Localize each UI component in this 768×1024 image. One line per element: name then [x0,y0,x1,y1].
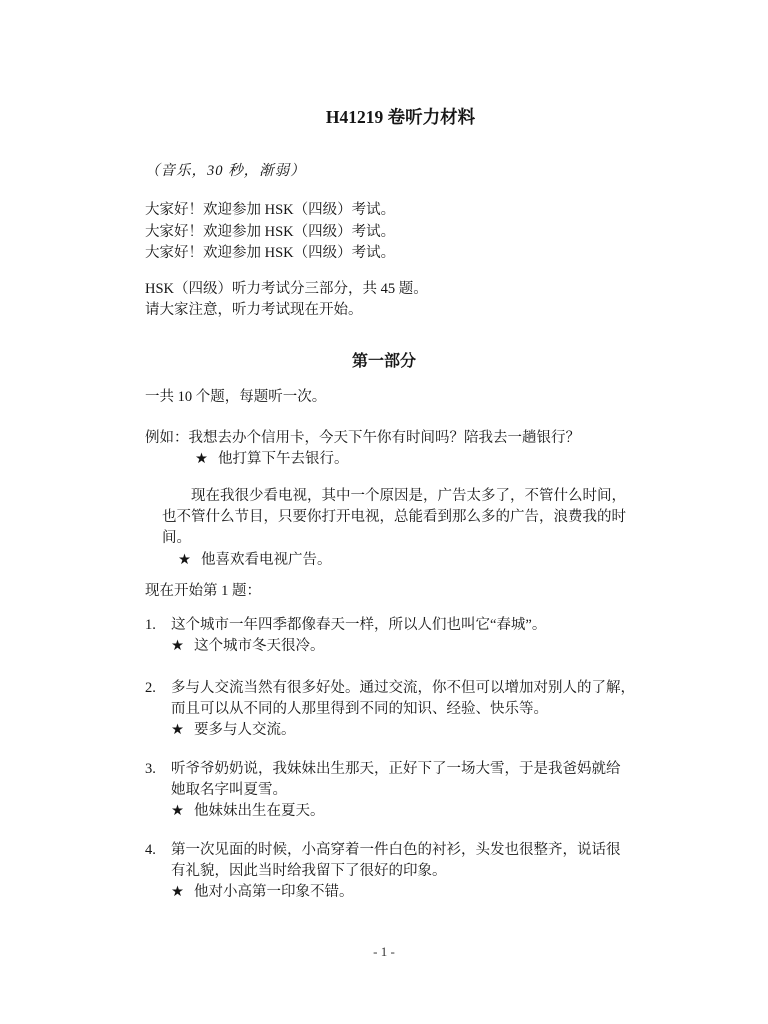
question-text: 多与人交流当然有很多好处。通过交流，你不但可以增加对别人的了解， [171,680,635,696]
question-text-line: 1.这个城市一年四季都像春天一样，所以人们也叫它“春城”。 [171,615,656,636]
greeting-line: 大家好！欢迎参加 HSK（四级）考试。 [145,243,656,264]
star-icon: ★ [171,638,184,654]
question-text: 听爷爷奶奶说，我妹妹出生那天，正好下了一场大雪，于是我爸妈就给 [171,761,621,777]
question-statement-line: ★这个城市冬天很冷。 [171,636,656,657]
start-note: 现在开始第 1 题： [145,581,656,602]
question-text-line: 3.听爷爷奶奶说，我妹妹出生那天，正好下了一场大雪，于是我爸妈就给 [171,759,656,780]
example-question-line: 例如：我想去办个信用卡，今天下午你有时间吗？陪我去一趟银行？ [145,428,656,449]
question-statement-line: ★他对小高第一印象不错。 [171,882,656,903]
example-passage-block: 现在我很少看电视，其中一个原因是，广告太多了，不管什么时间， 也不管什么节目，只… [145,486,656,571]
page-number: - 1 - [0,941,768,962]
passage-line: 现在我很少看电视，其中一个原因是，广告太多了，不管什么时间， [162,486,656,507]
example-statement-line: ★他打算下午去银行。 [195,449,656,470]
question-text-line: 她取名字叫夏雪。 [171,780,656,801]
greeting-line: 大家好！欢迎参加 HSK（四级）考试。 [145,200,656,221]
question-number: 2. [145,678,156,699]
example-statement-text: 他打算下午去银行。 [218,451,349,467]
example-label: 例如： [145,430,189,446]
question-text: 这个城市一年四季都像春天一样，所以人们也叫它“春城”。 [171,617,546,633]
question-2: 2.多与人交流当然有很多好处。通过交流，你不但可以增加对别人的了解， 而且可以从… [145,678,656,742]
document-title: H41219 卷听力材料 [145,106,656,128]
document-content: H41219 卷听力材料 （音乐，30 秒，渐弱） 大家好！欢迎参加 HSK（四… [145,0,656,903]
section-instruction: 一共 10 个题，每题听一次。 [145,387,656,408]
passage-line: 间。 [162,528,656,549]
star-icon: ★ [195,451,208,467]
passage-line: 也不管什么节目，只要你打开电视，总能看到那么多的广告，浪费我的时 [162,507,656,528]
question-number: 1. [145,615,156,636]
question-4: 4.第一次见面的时候，小高穿着一件白色的衬衫，头发也很整齐，说话很 有礼貌，因此… [145,840,656,904]
question-number: 4. [145,840,156,861]
intro-line: HSK（四级）听力考试分三部分，共 45 题。 [145,279,656,300]
passage-statement-text: 他喜欢看电视广告。 [201,552,332,568]
document-page: H41219 卷听力材料 （音乐，30 秒，渐弱） 大家好！欢迎参加 HSK（四… [0,0,768,1024]
intro-block: HSK（四级）听力考试分三部分，共 45 题。 请大家注意，听力考试现在开始。 [145,279,656,322]
question-statement-text: 要多与人交流。 [194,722,296,738]
question-text-line: 4.第一次见面的时候，小高穿着一件白色的衬衫，头发也很整齐，说话很 [171,840,656,861]
section-one-heading: 第一部分 [0,351,768,373]
question-statement-text: 他妹妹出生在夏天。 [194,803,325,819]
star-icon: ★ [178,552,191,568]
greeting-line: 大家好！欢迎参加 HSK（四级）考试。 [145,222,656,243]
intro-line: 请大家注意，听力考试现在开始。 [145,300,656,321]
star-icon: ★ [171,803,184,819]
example-question-text: 我想去办个信用卡，今天下午你有时间吗？陪我去一趟银行？ [189,430,581,446]
passage-statement-line: ★他喜欢看电视广告。 [178,550,656,571]
question-text: 第一次见面的时候，小高穿着一件白色的衬衫，头发也很整齐，说话很 [171,842,621,858]
question-statement-text: 这个城市冬天很冷。 [194,638,325,654]
question-text-line: 2.多与人交流当然有很多好处。通过交流，你不但可以增加对别人的了解， [171,678,656,699]
star-icon: ★ [171,884,184,900]
question-3: 3.听爷爷奶奶说，我妹妹出生那天，正好下了一场大雪，于是我爸妈就给 她取名字叫夏… [145,759,656,823]
question-1: 1.这个城市一年四季都像春天一样，所以人们也叫它“春城”。 ★这个城市冬天很冷。 [145,615,656,658]
greeting-block: 大家好！欢迎参加 HSK（四级）考试。 大家好！欢迎参加 HSK（四级）考试。 … [145,200,656,264]
question-text-line: 而且可以从不同的人那里得到不同的知识、经验、快乐等。 [171,699,656,720]
question-statement-line: ★要多与人交流。 [171,720,656,741]
example-block: 例如：我想去办个信用卡，今天下午你有时间吗？陪我去一趟银行？ ★他打算下午去银行… [145,428,656,471]
question-statement-text: 他对小高第一印象不错。 [194,884,354,900]
stage-direction: （音乐，30 秒，渐弱） [145,161,656,182]
star-icon: ★ [171,722,184,738]
question-statement-line: ★他妹妹出生在夏天。 [171,801,656,822]
question-number: 3. [145,759,156,780]
question-text-line: 有礼貌，因此当时给我留下了很好的印象。 [171,861,656,882]
